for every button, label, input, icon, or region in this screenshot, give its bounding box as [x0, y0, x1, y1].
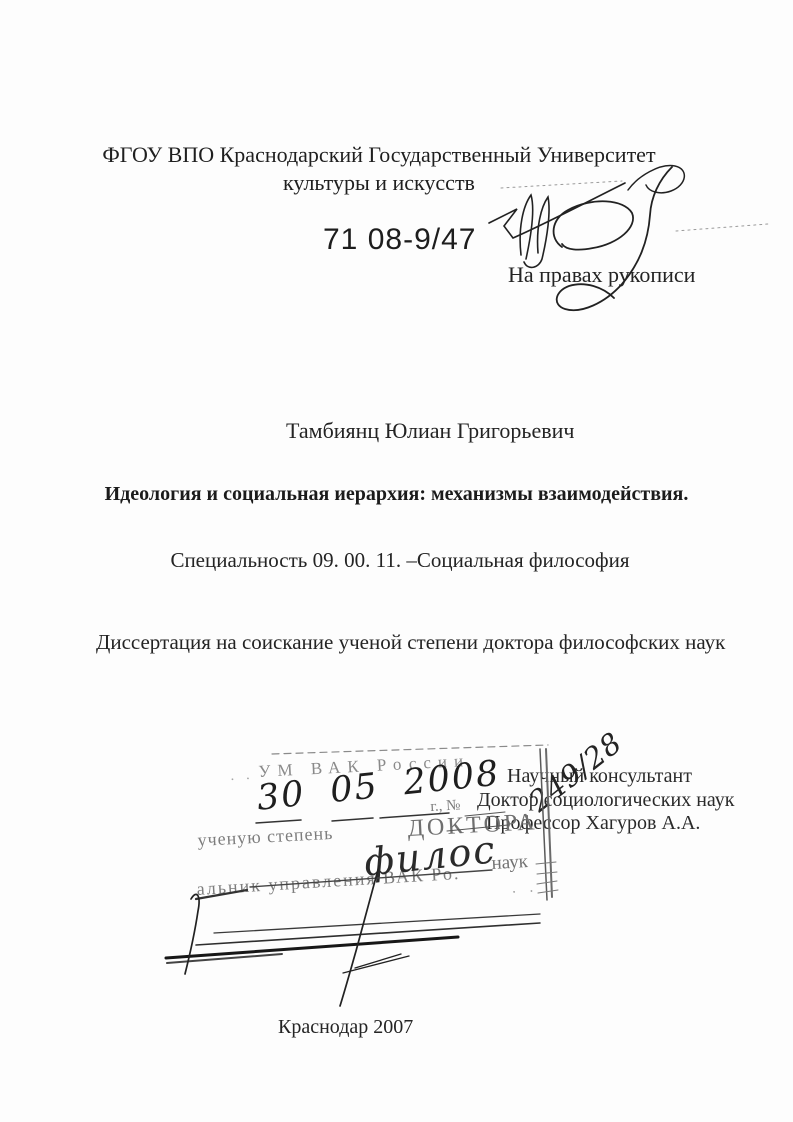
city-year: Краснодар 2007	[278, 1016, 413, 1039]
author-name: Тамбиянц Юлиан Григорьевич	[286, 418, 574, 444]
stamp-bottom-line-mid	[196, 923, 540, 945]
dissertation-degree-line: Диссертация на соискание ученой степени …	[96, 630, 725, 655]
university-name-line2: культуры и искусств	[0, 169, 758, 197]
manuscript-rights-note: На правах рукописи	[508, 262, 695, 288]
stamp-leading-marks: . .	[230, 767, 254, 785]
signature-dotted-line-right	[676, 224, 768, 231]
university-name-line1: ФГОУ ВПО Краснодарский Государственный У…	[0, 141, 758, 169]
dissertation-title-page: ФГОУ ВПО Краснодарский Государственный У…	[0, 0, 793, 1122]
pen-stroke-arrow-back	[355, 954, 401, 968]
stamp-bottom-line-heavy	[166, 937, 458, 958]
stamp-bottom-line-smudge	[167, 954, 282, 963]
specialty-line: Специальность 09. 00. 11. –Социальная фи…	[0, 548, 793, 573]
stamp-bottom-line-thin	[214, 914, 540, 933]
pen-stroke-left-hook	[185, 894, 199, 974]
handwritten-field: филос	[362, 827, 498, 885]
signature-stroke-m	[520, 195, 549, 267]
date-underline-day	[256, 820, 301, 823]
date-underline-month	[332, 818, 373, 821]
stamp-border-right-hatch	[536, 862, 558, 893]
consultant-degree: Доктор социологических наук	[477, 789, 735, 812]
pen-stroke-arrow-long	[343, 956, 409, 973]
stamp-border-top	[272, 745, 548, 754]
university-name: ФГОУ ВПО Краснодарский Государственный У…	[0, 141, 758, 197]
catalog-number: 71 08-9/47	[323, 223, 476, 257]
dissertation-title: Идеология и социальная иерархия: механиз…	[0, 483, 793, 506]
signature-stroke-oval	[554, 201, 634, 249]
stamp-degree-prefix: ученую степень	[197, 823, 334, 851]
stamp-trailing-marks: . .	[512, 879, 539, 897]
